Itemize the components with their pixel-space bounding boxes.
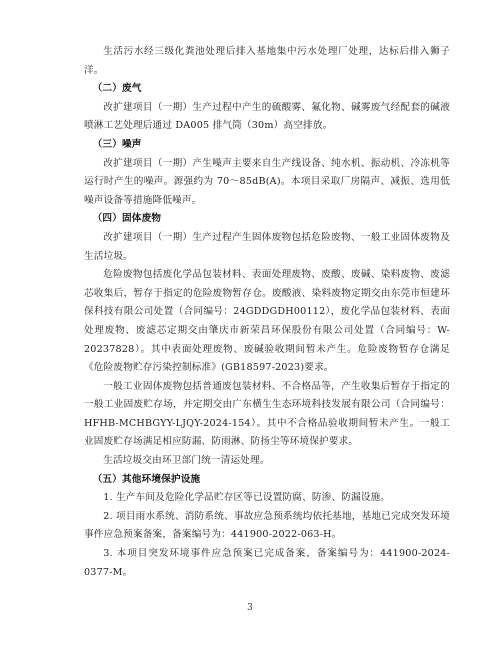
heading-noise: （三）噪声 xyxy=(84,136,450,155)
list-item-1: 1. 生产车间及危险化学品贮存区等已设置防腐、防渗、防漏设施。 xyxy=(84,489,450,508)
heading-solid-waste: （四）固体废物 xyxy=(84,210,450,229)
paragraph-sewage: 生活污水经三级化粪池处理后排入基地集中污水处理厂处理，达标后排入狮子洋。 xyxy=(84,43,450,80)
heading-waste-gas: （二）废气 xyxy=(84,80,450,99)
paragraph-domestic-garbage: 生活垃圾交由环卫部门统一清运处理。 xyxy=(84,452,450,471)
page-number: 3 xyxy=(0,603,500,613)
list-item-3: 3. 本项目突发环境事件应急预案已完成备案，备案编号为：441900-2024-… xyxy=(84,545,450,582)
paragraph-hazardous-waste: 危险废物包括废化学品包装材料、表面处理废物、废酸、废碱、染料废物、废滤芯收集后，… xyxy=(84,266,450,378)
paragraph-general-industrial-waste: 一般工业固体废物包括普通废包装材料、不合格品等，产生收集后暂存于指定的一般工业固… xyxy=(84,378,450,452)
heading-other-facilities: （五）其他环境保护设施 xyxy=(84,471,450,490)
paragraph-noise: 改扩建项目（一期）产生噪声主要来自生产线设备、纯水机、振动机、冷冻机等运行时产生… xyxy=(84,155,450,211)
document-page: 生活污水经三级化粪池处理后排入基地集中污水处理厂处理，达标后排入狮子洋。 （二）… xyxy=(84,43,450,582)
paragraph-waste-gas: 改扩建项目（一期）生产过程中产生的硫酸雾、氟化物、碱雾废气经配套的碱液喷淋工艺处… xyxy=(84,99,450,136)
paragraph-solid-waste-intro: 改扩建项目（一期）生产过程产生固体废物包括危险废物、一般工业固体废物及生活垃圾。 xyxy=(84,229,450,266)
list-item-2: 2. 项目雨水系统、消防系统、事故应急预系统均依托基地，基地已完成突发环境事件应… xyxy=(84,508,450,545)
